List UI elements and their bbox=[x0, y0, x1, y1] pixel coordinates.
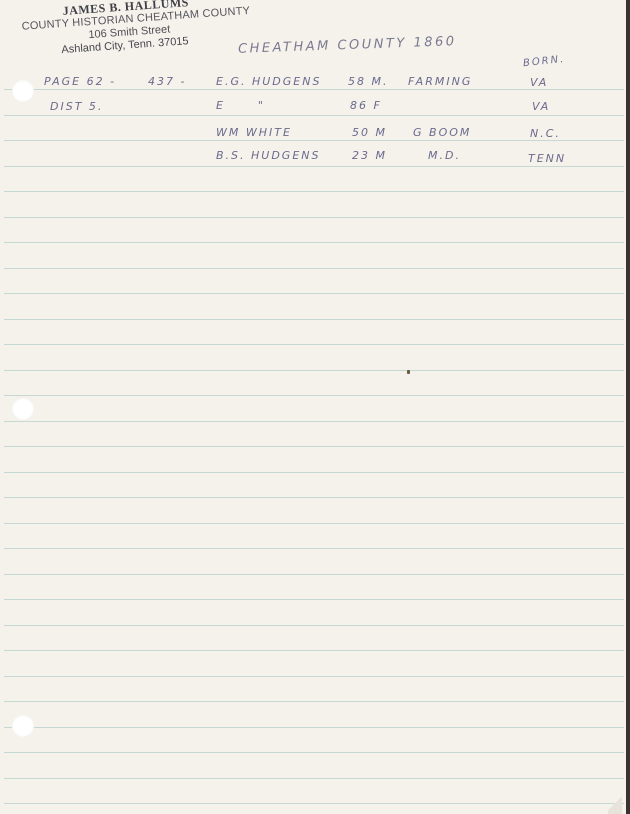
ruled-line bbox=[4, 676, 624, 677]
record-occupation: FARMING bbox=[408, 75, 472, 88]
punch-hole-bottom bbox=[12, 715, 34, 737]
notebook-page: JAMES B. HALLUMS COUNTY HISTORIAN CHEATH… bbox=[0, 0, 626, 814]
ruled-line bbox=[4, 191, 624, 192]
record-born: N.C. bbox=[530, 127, 561, 140]
page-corner-curl bbox=[608, 792, 622, 814]
ruled-line bbox=[4, 370, 624, 371]
ruled-line bbox=[4, 319, 624, 320]
ruled-line bbox=[4, 446, 624, 447]
page-heading: CHEATHAM COUNTY 1860 bbox=[238, 34, 457, 57]
ruled-line bbox=[4, 574, 624, 575]
ruled-line bbox=[4, 268, 624, 269]
punch-hole-top bbox=[12, 80, 34, 102]
entry-number: 437 - bbox=[148, 75, 186, 88]
address-stamp: JAMES B. HALLUMS COUNTY HISTORIAN CHEATH… bbox=[18, 0, 247, 2]
ruled-line bbox=[4, 242, 624, 243]
ruled-line bbox=[4, 115, 624, 116]
page-edge-shadow bbox=[626, 0, 630, 814]
record-age-sex: 50 M bbox=[352, 126, 387, 139]
ruled-line bbox=[4, 217, 624, 218]
ruled-line bbox=[4, 497, 624, 498]
ruled-line bbox=[4, 701, 624, 702]
record-born: VA bbox=[530, 76, 548, 89]
record-age-sex: 86 F bbox=[350, 99, 382, 112]
record-name: WM WHITE bbox=[216, 126, 292, 139]
ruled-line bbox=[4, 395, 624, 396]
record-age-sex: 23 M bbox=[352, 149, 387, 162]
ruled-line bbox=[4, 752, 624, 753]
record-occupation: M.D. bbox=[428, 149, 461, 162]
ruled-line bbox=[4, 344, 624, 345]
ruled-line bbox=[4, 778, 624, 779]
ruled-line bbox=[4, 293, 624, 294]
ruled-line bbox=[4, 421, 624, 422]
ruled-line bbox=[4, 89, 624, 90]
record-age-sex: 58 M. bbox=[348, 75, 388, 88]
record-born: VA bbox=[532, 100, 550, 113]
punch-hole-middle bbox=[12, 398, 34, 420]
ruled-line bbox=[4, 625, 624, 626]
ruled-line bbox=[4, 727, 624, 728]
paper-speck bbox=[407, 370, 410, 374]
record-occupation: G BOOM bbox=[413, 126, 471, 139]
ruled-line bbox=[4, 548, 624, 549]
ruled-line bbox=[4, 140, 624, 141]
record-born: TENN bbox=[528, 152, 566, 165]
district-reference: DIST 5. bbox=[50, 100, 103, 113]
ruled-line bbox=[4, 803, 624, 804]
page-reference: PAGE 62 - bbox=[44, 75, 116, 88]
record-name: E.G. HUDGENS bbox=[216, 75, 321, 88]
ruled-line bbox=[4, 650, 624, 651]
born-column-header: BORN. bbox=[523, 54, 566, 69]
record-name: E " bbox=[216, 99, 265, 112]
record-name: B.S. HUDGENS bbox=[216, 149, 321, 162]
ruled-line bbox=[4, 166, 624, 167]
ruled-line bbox=[4, 472, 624, 473]
ruled-line bbox=[4, 599, 624, 600]
ruled-line bbox=[4, 523, 624, 524]
